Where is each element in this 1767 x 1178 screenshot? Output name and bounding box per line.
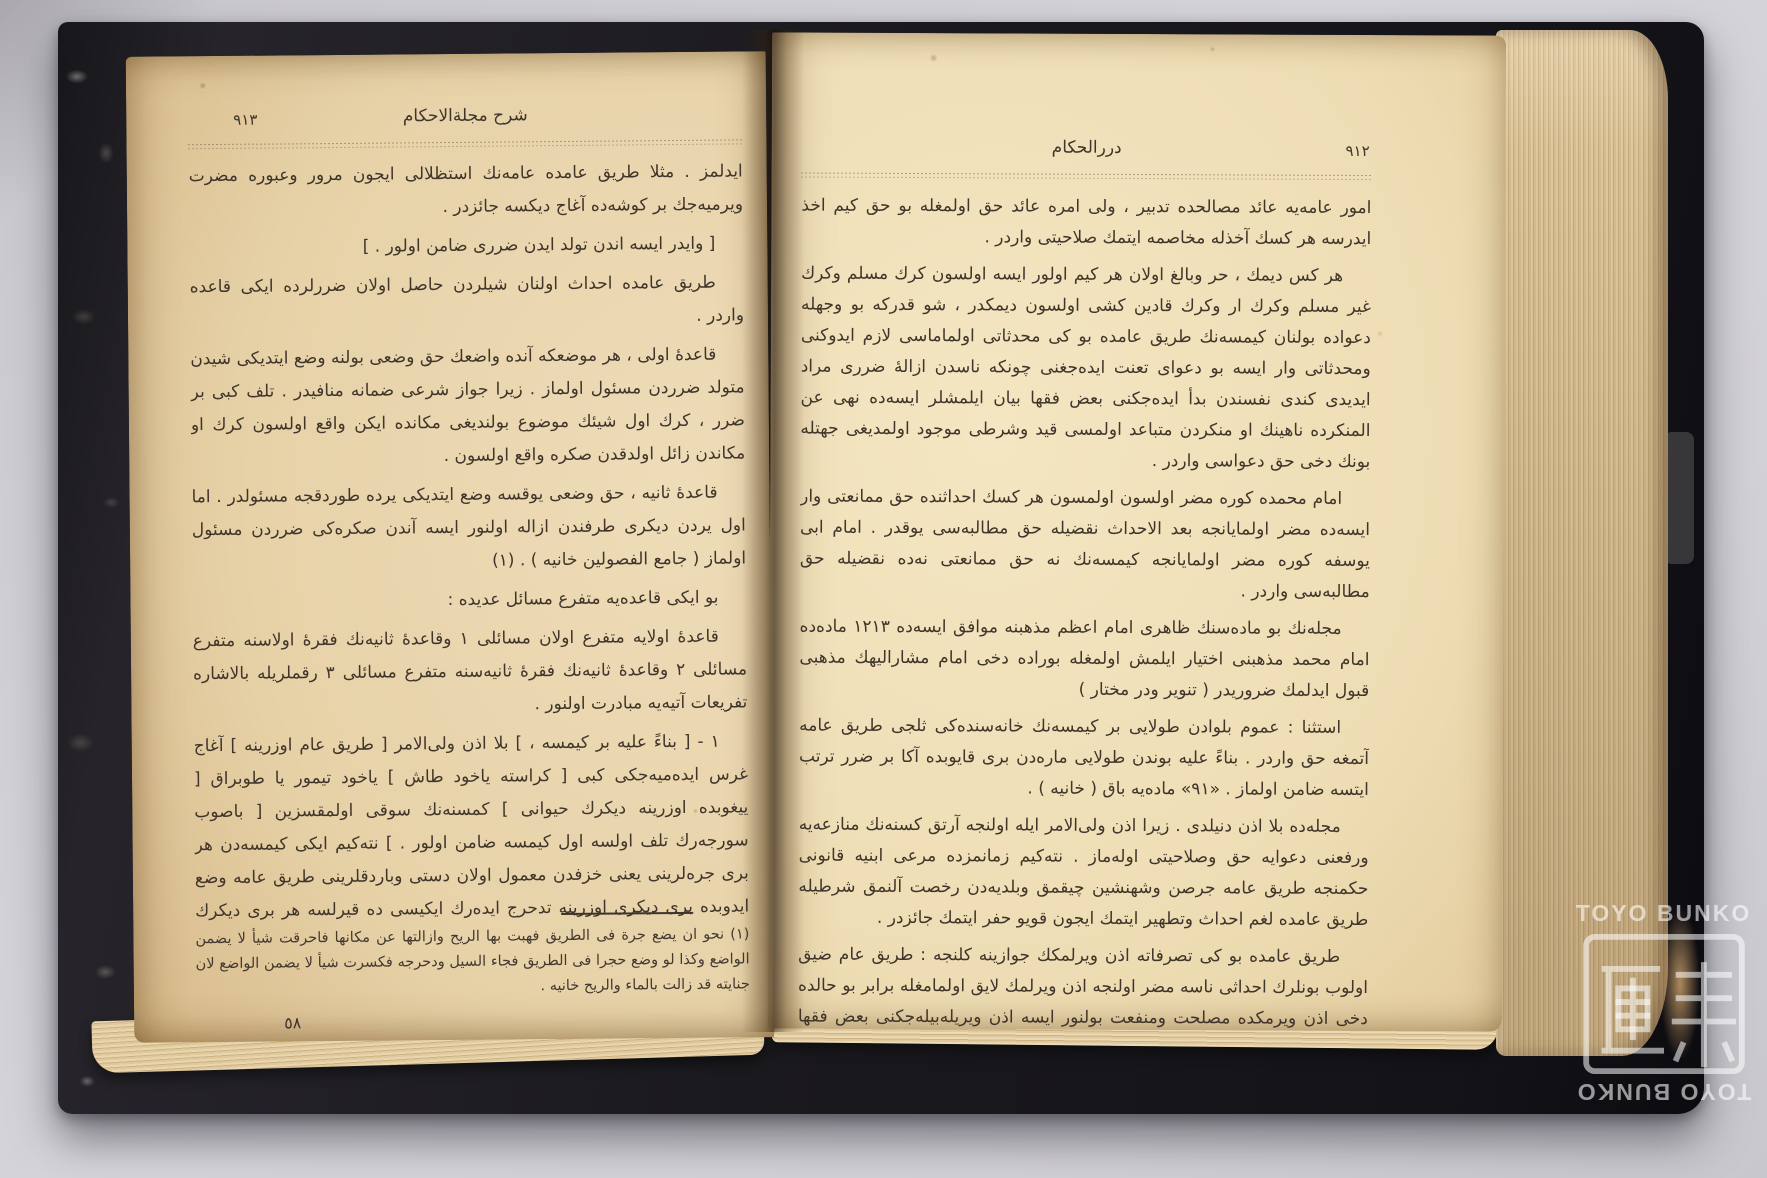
right-page-header: ٩١٢ دررالحكام (802, 137, 1372, 171)
cover-damage-mark (1664, 432, 1694, 564)
left-page: ٩١٣ شرح مجلةالاحكام ايدلمز . مثلا طريق ع… (126, 51, 775, 1043)
right-page-body: امور عامه‌يه عائد مصالحده تدبير ، ولى ام… (798, 191, 1372, 1032)
footnote-rule (561, 912, 693, 915)
body-paragraph: امام محمده كوره مضر اولسون اولمسون هر كس… (800, 482, 1371, 608)
footnote-text: (١) نحو ان يضع جرة فى الطريق فهبت بها ال… (195, 922, 750, 1002)
body-paragraph: امور عامه‌يه عائد مصالحده تدبير ، ولى ام… (801, 191, 1371, 255)
body-paragraph: ١ - [ بناءً عليه بر كيمسه ، ] بلا اذن ول… (194, 725, 750, 932)
right-page: ٩١٢ دررالحكام امور عامه‌يه عائد مصالحده … (768, 32, 1506, 1031)
footnote-paragraph: (١) نحو ان يضع جرة فى الطريق فهبت بها ال… (195, 922, 750, 1002)
watermark-text-bottom: TOYO BUNKO (1560, 1078, 1767, 1105)
left-page-header: ٩١٣ شرح مجلةالاحكام (188, 103, 742, 140)
body-paragraph: مجله‌نك بو ماده‌سنك ظاهرى امام اعظم مذهب… (799, 612, 1369, 707)
toyo-bunko-watermark: TOYO BUNKO TOYO BUNKO (1560, 900, 1767, 1110)
body-paragraph: بو ايكى قاعده‌يه متفرع مسائل عديده : (192, 581, 746, 619)
header-rule (188, 139, 742, 150)
left-page-body: ايدلمز . مثلا طريق عامده عامه‌نك استظلال… (189, 155, 750, 932)
right-page-content: ٩١٢ دررالحكام امور عامه‌يه عائد مصالحده … (798, 137, 1372, 1032)
body-paragraph: ايدلمز . مثلا طريق عامده عامه‌نك استظلال… (189, 155, 744, 226)
header-rule (802, 173, 1372, 181)
body-paragraph: طريق عامده بو كى تصرفاته اذن ويرلمكك جوا… (798, 940, 1368, 1032)
body-paragraph: قاعدهٔ ثانيه ، حق وضعى يوقسه وضع ايتديكى… (191, 476, 746, 580)
body-paragraph: قاعدهٔ اولى ، هر موضعكه آنده واضعك حق وض… (190, 338, 745, 475)
body-paragraph: استثنا : عموم بلوادن طولايى بر كيمسه‌نك … (799, 711, 1369, 806)
body-paragraph: هر كس ديمك ، حر وبالغ اولان هر كيم اولور… (800, 259, 1371, 478)
body-paragraph: مجله‌ده بلا اذن دنيلدى . زيرا اذن ولى‌ال… (798, 810, 1369, 936)
body-paragraph: قاعدهٔ اولايه متفرع اولان مسائلى ١ وقاعد… (193, 620, 748, 724)
photo-background: ٩١٣ شرح مجلةالاحكام ايدلمز . مثلا طريق ع… (0, 0, 1767, 1178)
body-paragraph: طريق عامده احداث اولنان شيلردن حاصل اولا… (190, 266, 745, 337)
toyo-bunko-seal-icon (1579, 932, 1749, 1076)
right-page-number: ٩١٢ (1345, 142, 1369, 160)
left-page-number: ٩١٣ (233, 111, 257, 129)
footnote-block: (١) نحو ان يضع جرة فى الطريق فهبت بها ال… (195, 911, 750, 1002)
left-page-content: ٩١٣ شرح مجلةالاحكام ايدلمز . مثلا طريق ع… (188, 103, 749, 932)
left-page-folio: ٥٨ (284, 1013, 301, 1032)
body-paragraph: [ وايدر ايسه اندن تولد ايدن ضررى ضامن او… (189, 227, 743, 265)
right-page-header-title: دررالحكام (802, 137, 1372, 159)
left-page-header-title: شرح مجلةالاحكام (188, 103, 742, 128)
watermark-text-top: TOYO BUNKO (1560, 900, 1767, 927)
book-gutter-shadow (742, 30, 804, 1032)
